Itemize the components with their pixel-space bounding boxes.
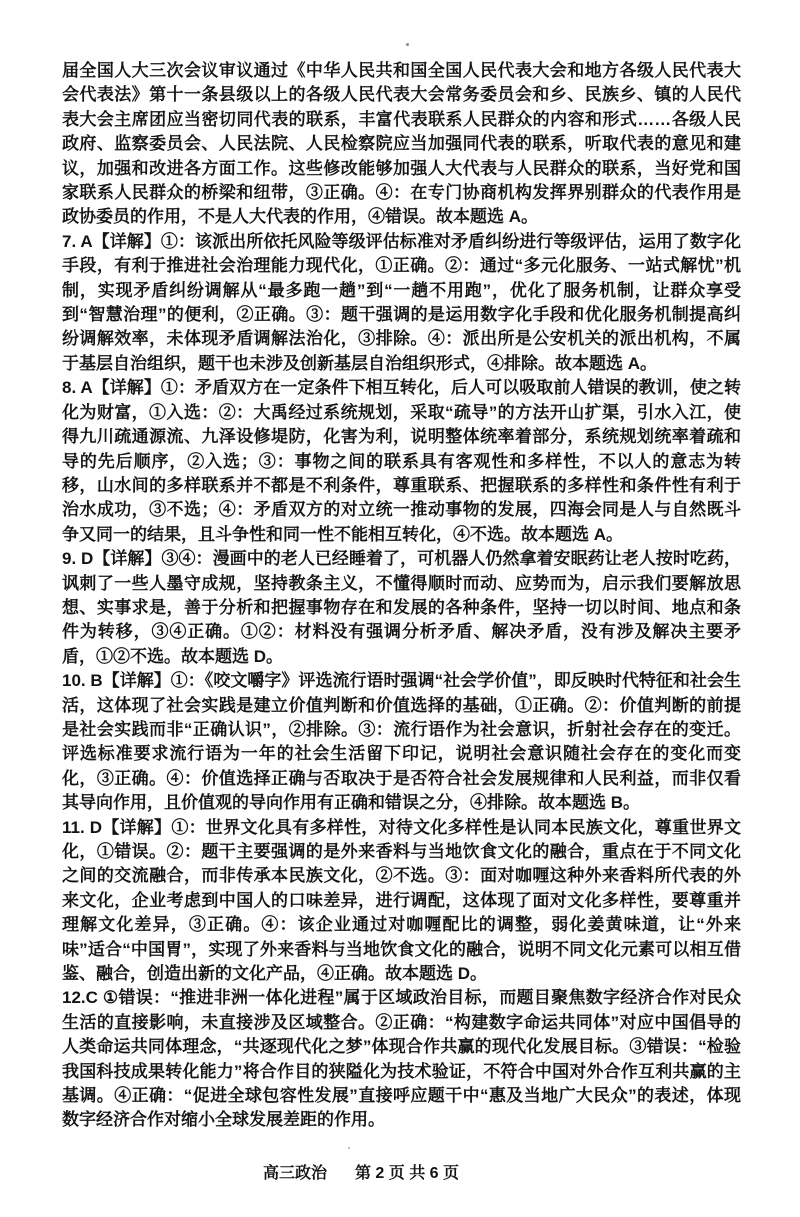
explanation-q9: 9. D【详解】③④：漫画中的老人已经睡着了，可机器人仍然拿着安眠药让老人按时吃… [62,547,741,669]
explanation-q6-continuation: 届全国人大三次会议审议通过《中华人民共和国全国人民代表大会和地方各级人民代表大会… [62,59,741,230]
answer-explanations-body: 届全国人大三次会议审议通过《中华人民共和国全国人民代表大会和地方各级人民代表大会… [62,59,741,1133]
scan-artifact-dot [406,43,409,46]
explanation-q8: 8. A【详解】①：矛盾双方在一定条件下相互转化，后人可以吸取前人错误的教训，使… [62,376,741,547]
footer-subject-label: 高三政治 [263,1160,327,1183]
explanation-q7: 7. A【详解】①：该派出所依托风险等级评估标准对矛盾纠纷进行等级评估，运用了数… [62,230,741,376]
page-footer: 高三政治 第 2 页 共 6 页 [0,1160,722,1183]
answer-key-page: 届全国人大三次会议审议通过《中华人民共和国全国人民代表大会和地方各级人民代表大会… [0,0,800,1217]
explanation-q11: 11. D【详解】①：世界文化具有多样性，对待文化多样性是认同本民族文化，尊重世… [62,816,741,987]
footer-page-indicator: 第 2 页 共 6 页 [355,1160,459,1183]
explanation-q12: 12.C ①错误：“推进非洲一体化进程”属于区域政治目标，而题目聚焦数字经济合作… [62,986,741,1132]
scan-artifact-dot [348,1147,350,1149]
explanation-q10: 10. B【详解】①：《咬文嚼字》评选流行语时强调“社会学价值”，即反映时代特征… [62,669,741,815]
